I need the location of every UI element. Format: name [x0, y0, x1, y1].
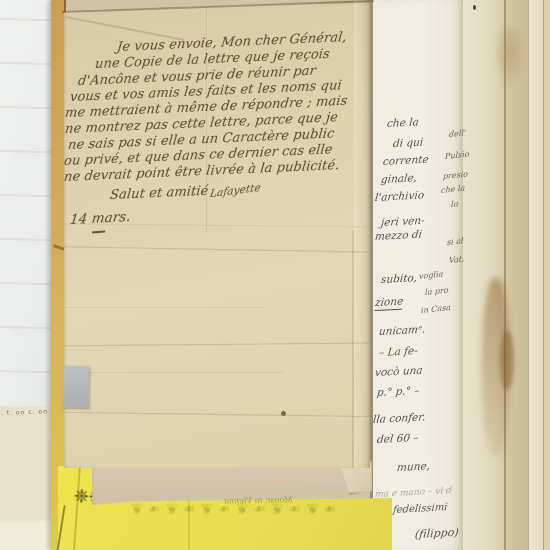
italian-manuscript-page: che la di qui corrente ginale, l'archivi…: [370, 0, 463, 550]
grey-paper-tab: [63, 366, 90, 408]
manuscript-fragment: – La fe-: [378, 345, 418, 359]
crease-line: [64, 343, 370, 348]
letter-closing: Salut et amitié: [109, 184, 209, 204]
ink-speck: [473, 5, 476, 10]
manuscript-fragment: vocò una: [374, 364, 423, 379]
paper-stack-edge-3: [528, 0, 543, 550]
cream-paper-edge: [0, 406, 58, 550]
margin-fragment: voglia: [419, 269, 444, 281]
stain: [492, 28, 526, 88]
manuscript-fragment: di qui: [392, 136, 423, 150]
manuscript-fragment: del 60 –: [376, 432, 419, 446]
manuscript-fragment: ginale,: [380, 172, 417, 186]
margin-fragment: la: [451, 199, 459, 209]
showthrough-address: Monsr. in Vienna: [224, 495, 293, 505]
margin-fragment: la pro: [425, 285, 449, 297]
manuscript-photo: . t. on c. on . che la di qui corrente g…: [0, 0, 550, 550]
manuscript-fragment: che la: [386, 116, 419, 130]
margin-fragment: Vat.: [449, 254, 465, 265]
paper-stack-edge-4: [543, 0, 550, 550]
letter-date: 14 mars.: [69, 209, 131, 228]
fold-band: [354, 0, 370, 468]
manuscript-fragment: corrente: [382, 154, 429, 168]
lafayette-letter: Je vous envoie, Mon cher Général, une Co…: [64, 0, 370, 468]
manuscript-fragment: unicamᵉ.: [378, 324, 426, 339]
manuscript-fragment: lla confer.: [372, 411, 426, 426]
manuscript-fragment: (filippo): [414, 526, 459, 541]
showthrough-border-ornament: ❧❦❧❦❧❦❧❦❧❦❧❦: [104, 500, 336, 518]
crease-line: [64, 246, 370, 253]
manuscript-fragment: ma e mano – vi d: [374, 486, 452, 500]
crease-line: [64, 372, 284, 374]
underline-dash: [92, 231, 105, 233]
manuscript-fragment: zione: [374, 295, 404, 311]
margin-fragment: che la: [441, 183, 465, 195]
stain: [500, 330, 514, 390]
letter-signature: Lafayette: [209, 180, 262, 203]
ink-speck: [281, 411, 286, 416]
manuscript-fragment: jeri ven-: [380, 215, 425, 229]
manuscript-fragment: mune,: [396, 460, 430, 474]
manuscript-fragment: subito,: [380, 272, 417, 286]
album-page: [0, 0, 58, 416]
margin-fragment: dell': [449, 128, 466, 139]
crease-line: [64, 412, 370, 418]
margin-fragment: in Casa: [421, 303, 451, 315]
manuscript-fragment: mezzo di: [374, 228, 422, 243]
crease-line: [64, 307, 264, 309]
manuscript-fragment: l'archivio: [374, 189, 424, 204]
margin-fragment: si al: [447, 236, 464, 247]
manuscript-fragment: p.° p.° –: [376, 385, 420, 399]
